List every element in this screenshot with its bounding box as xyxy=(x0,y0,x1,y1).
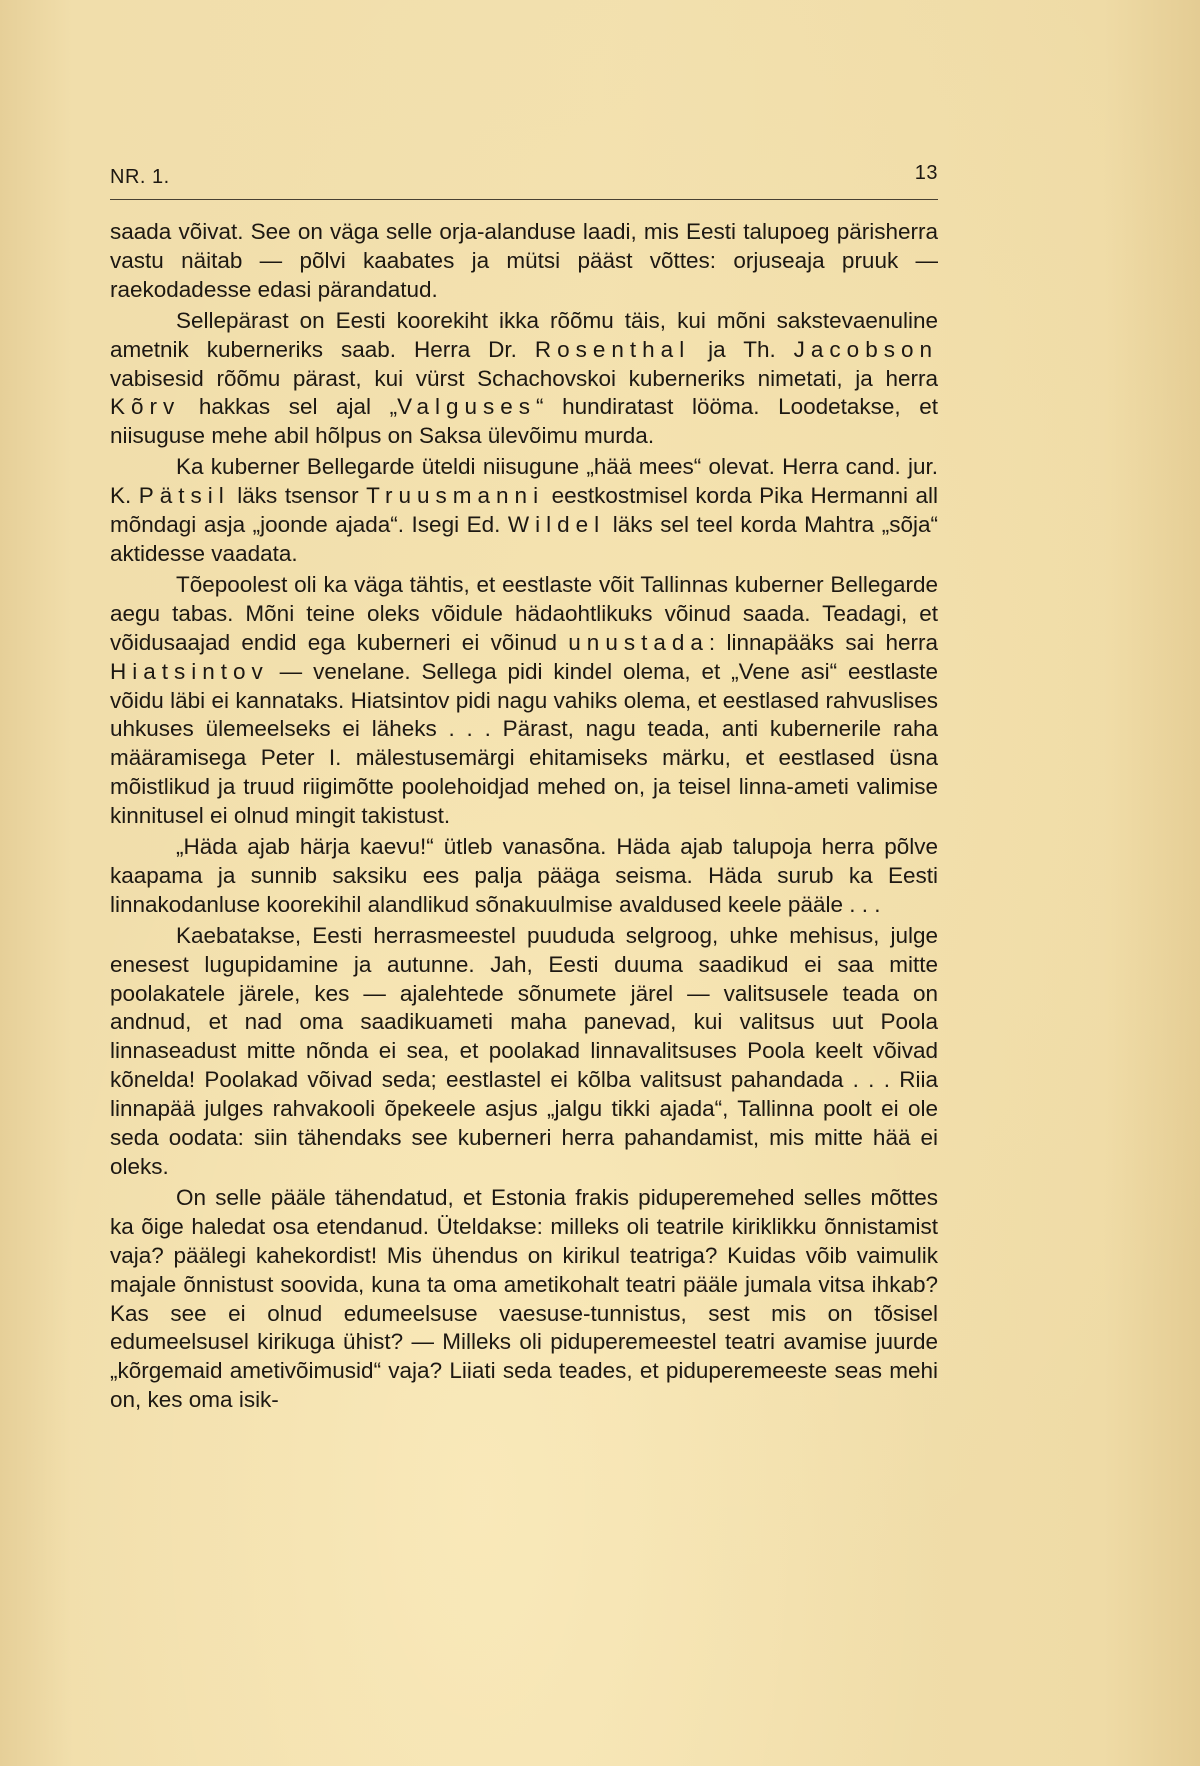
paragraph: „Häda ajab härja kaevu!“ ütleb vanasõna.… xyxy=(110,833,938,920)
emphasized-name: Kõrv xyxy=(110,394,180,419)
text-run: — venelane. Sellega pidi kindel olema, e… xyxy=(110,659,938,829)
emphasized-name: Rosenthal xyxy=(535,337,690,362)
text-run: vabisesid rõõmu pärast, kui vürst Schach… xyxy=(110,366,938,391)
scanned-page: NR. 1. 13 saada võivat. See on väga sell… xyxy=(0,0,1200,1766)
emphasized-name: Jacobson xyxy=(794,337,938,362)
emphasized-name: Hiatsintov xyxy=(110,659,269,684)
emphasized-name: Valguses xyxy=(397,394,536,419)
emphasized-name: Pätsil xyxy=(139,483,230,508)
paragraph: Ka kuberner Bellegarde üteldi niisugune … xyxy=(110,453,938,569)
text-run: : linnapääks sai herra xyxy=(709,630,938,655)
issue-number: NR. 1. xyxy=(110,166,170,189)
article-body: saada võivat. See on väga selle orja-ala… xyxy=(110,218,938,1415)
paragraph: Kaebatakse, Eesti herrasmeestel puududa … xyxy=(110,922,938,1182)
header-rule xyxy=(110,199,938,200)
paragraph: Sellepärast on Eesti koorekiht ikka rõõm… xyxy=(110,307,938,452)
text-run: hakkas sel ajal „ xyxy=(180,394,397,419)
emphasized-name: Truusmanni xyxy=(366,483,544,508)
emphasized-name: unustada xyxy=(568,630,709,655)
paragraph: Tõepoolest oli ka väga tähtis, et eestla… xyxy=(110,571,938,831)
emphasized-name: Wildel xyxy=(508,512,605,537)
text-run: läks tsensor xyxy=(230,483,366,508)
paragraph: On selle pääle tähendatud, et Estonia fr… xyxy=(110,1184,938,1415)
running-header: NR. 1. 13 xyxy=(110,166,938,192)
page-number: 13 xyxy=(915,162,938,185)
paragraph: saada võivat. See on väga selle orja-ala… xyxy=(110,218,938,305)
text-run: ja Th. xyxy=(690,337,793,362)
